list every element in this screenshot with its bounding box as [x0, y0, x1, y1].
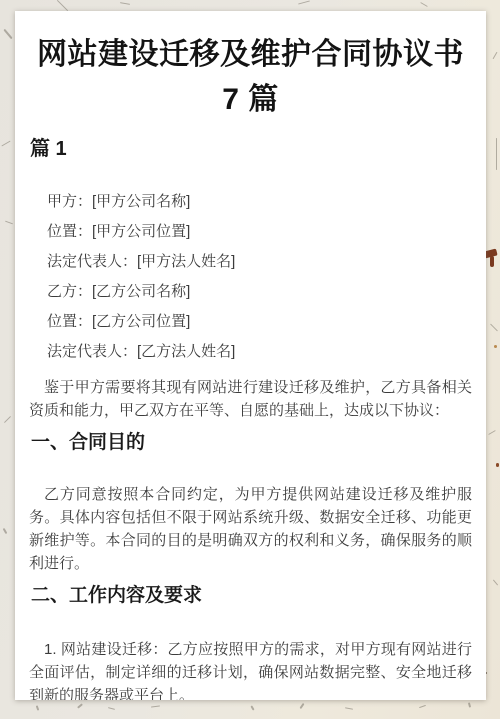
party-b-representative-line: 法定代表人：[乙方法人姓名]: [29, 340, 472, 363]
paper-scratch: [57, 0, 68, 11]
paper-scratch: [3, 528, 8, 534]
paper-scratch: [120, 2, 130, 5]
paper-scratch: [77, 703, 83, 708]
paper-scratch: [151, 705, 160, 707]
paper-scratch: [420, 2, 427, 7]
party-b-location-line: 位置：[乙方公司位置]: [29, 310, 472, 333]
document-title-line2: 7 篇: [29, 77, 472, 122]
paper-speckle: [494, 345, 497, 348]
paper-scratch: [36, 705, 40, 710]
paper-scratch: [299, 703, 304, 709]
paper-scratch: [108, 707, 115, 710]
section-2-paragraph: 1. 网站建设迁移：乙方应按照甲方的需求，对甲方现有网站进行全面评估，制定详细的…: [29, 638, 472, 700]
party-info-block: 甲方：[甲方公司名称] 位置：[甲方公司位置] 法定代表人：[甲方法人姓名] 乙…: [29, 190, 472, 363]
section-2-heading: 二、工作内容及要求: [31, 585, 472, 607]
paper-scratch: [1, 141, 10, 147]
paper-scratch: [3, 29, 12, 39]
paper-scratch: [345, 707, 353, 709]
paper-scratch: [493, 52, 498, 59]
section-1-paragraph: 乙方同意按照本合同约定，为甲方提供网站建设迁移及维护服务。具体内容包括但不限于网…: [29, 483, 472, 575]
party-a-representative-line: 法定代表人：[甲方法人姓名]: [29, 250, 472, 273]
paper-scratch: [419, 705, 426, 708]
party-a-location-line: 位置：[甲方公司位置]: [29, 220, 472, 243]
paper-scratch: [298, 0, 310, 4]
paper-scratch: [468, 702, 471, 707]
document-title-line1: 网站建设迁移及维护合同协议书: [29, 32, 472, 77]
section-1-heading: 一、合同目的: [31, 432, 472, 454]
paper-speckle: [496, 463, 499, 467]
paper-scratch: [496, 138, 497, 170]
paper-texture-background: 网站建设迁移及维护合同协议书 7 篇 篇 1 甲方：[甲方公司名称] 位置：[甲…: [0, 0, 500, 719]
paper-scratch: [4, 416, 11, 423]
article-label: 篇 1: [30, 138, 472, 160]
paper-scratch: [490, 324, 498, 332]
paper-scratch: [250, 705, 254, 710]
paper-scratch: [493, 579, 498, 585]
paper-scratch: [488, 430, 495, 435]
document-title: 网站建设迁移及维护合同协议书 7 篇: [29, 32, 472, 122]
document-card: 网站建设迁移及维护合同协议书 7 篇 篇 1 甲方：[甲方公司名称] 位置：[甲…: [15, 11, 486, 700]
party-a-name-line: 甲方：[甲方公司名称]: [29, 190, 472, 213]
party-b-name-line: 乙方：[乙方公司名称]: [29, 280, 472, 303]
preamble-paragraph: 鉴于甲方需要将其现有网站进行建设迁移及维护，乙方具备相关资质和能力，甲乙双方在平…: [29, 376, 472, 422]
paper-scratch: [5, 221, 13, 225]
paper-stain: [490, 256, 494, 267]
